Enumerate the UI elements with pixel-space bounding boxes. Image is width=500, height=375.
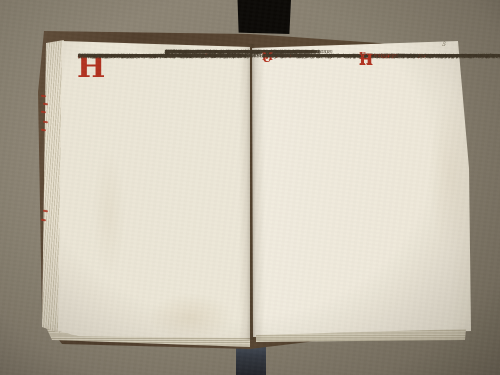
text-line: uyv ycmawn ueee psneh mramlp lwgt mfe vi…: [360, 54, 488, 60]
manuscript-photo: ppyfu pccys gumeai iptsyo mqnndee dit yu…: [0, 0, 500, 375]
manuscript-text-layer: ppyfu pccys gumeai iptsyo mqnndee dit yu…: [0, 0, 500, 375]
